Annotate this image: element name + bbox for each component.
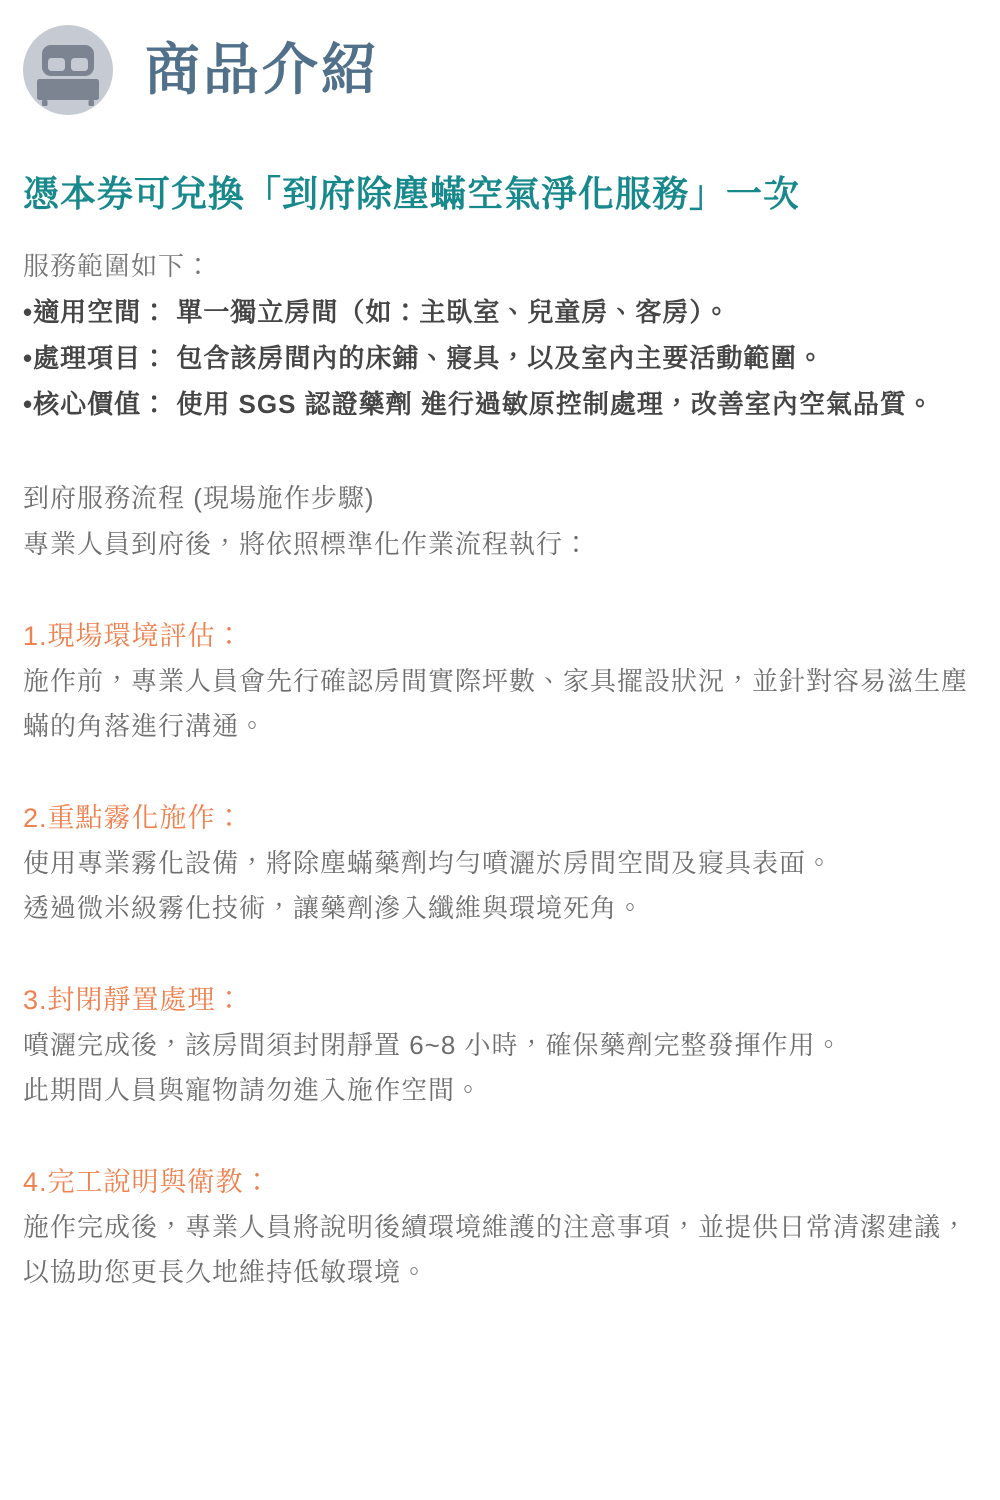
scope-bullet-items: •處理項目： 包含該房間內的床鋪、寢具，以及室內主要活動範圍。 [23, 335, 968, 381]
page-title: 商品介紹 [144, 25, 380, 115]
scope-bullet-space: •適用空間： 單一獨立房間（如：主臥室、兒童房、客房）。 [23, 289, 968, 335]
step-heading: 3.封閉靜置處理： [23, 978, 968, 1023]
bed-icon [23, 25, 113, 115]
step-section-1: 1.現場環境評估： 施作前，專業人員會先行確認房間實際坪數、家具擺設狀況，並針對… [23, 614, 968, 749]
step-heading: 1.現場環境評估： [23, 614, 968, 659]
step-heading: 2.重點霧化施作： [23, 796, 968, 841]
product-description-page: 商品介紹 憑本券可兌換「到府除塵蟎空氣淨化服務」一次 服務範圍如下： •適用空間… [0, 0, 1000, 1335]
step-paragraph: 此期間人員與寵物請勿進入施作空間。 [23, 1068, 968, 1113]
step-heading: 4.完工說明與衛教： [23, 1160, 968, 1205]
section-header: 商品介紹 [23, 25, 968, 115]
step-section-4: 4.完工說明與衛教： 施作完成後，專業人員將說明後續環境維護的注意事項，並提供日… [23, 1160, 968, 1295]
step-section-3: 3.封閉靜置處理： 噴灑完成後，該房間須封閉靜置 6~8 小時，確保藥劑完整發揮… [23, 978, 968, 1113]
step-section-2: 2.重點霧化施作： 使用專業霧化設備，將除塵蟎藥劑均勻噴灑於房間空間及寢具表面。… [23, 796, 968, 931]
process-intro-title: 到府服務流程 (現場施作步驟) [23, 475, 968, 521]
process-intro: 到府服務流程 (現場施作步驟) 專業人員到府後，將依照標準化作業流程執行： [23, 475, 968, 567]
step-paragraph: 施作完成後，專業人員將說明後續環境維護的注意事項，並提供日常清潔建議，以協助您更… [23, 1205, 968, 1295]
voucher-headline: 憑本券可兌換「到府除塵蟎空氣淨化服務」一次 [23, 170, 968, 218]
step-paragraph: 使用專業霧化設備，將除塵蟎藥劑均勻噴灑於房間空間及寢具表面。 [23, 841, 968, 886]
scope-bullet-value: •核心價值： 使用 SGS 認證藥劑 進行過敏原控制處理，改善室內空氣品質。 [23, 381, 968, 427]
process-intro-subtitle: 專業人員到府後，將依照標準化作業流程執行： [23, 521, 968, 567]
step-paragraph: 施作前，專業人員會先行確認房間實際坪數、家具擺設狀況，並針對容易滋生塵蟎的角落進… [23, 659, 968, 749]
scope-intro: 服務範圍如下： [23, 243, 968, 289]
step-paragraph: 噴灑完成後，該房間須封閉靜置 6~8 小時，確保藥劑完整發揮作用。 [23, 1023, 968, 1068]
step-paragraph: 透過微米級霧化技術，讓藥劑滲入纖維與環境死角。 [23, 886, 968, 931]
